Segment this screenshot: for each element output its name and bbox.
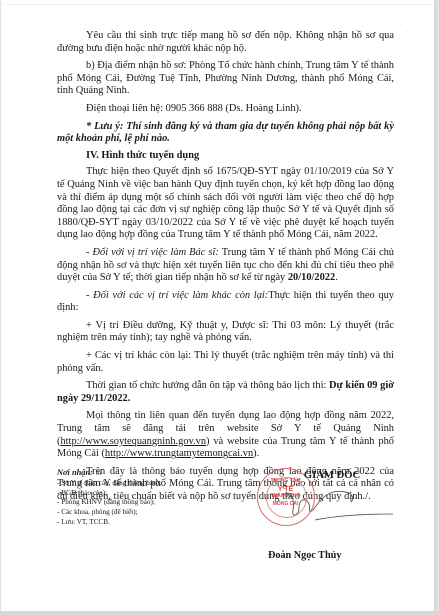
page-edge-left	[0, 0, 1, 615]
paragraph-legal-basis: Thực hiện theo Quyết định số 1675/QĐ-SYT…	[57, 166, 394, 242]
section-heading-recruitment-form: IV. Hình thức tuyển dụng	[57, 150, 394, 163]
paragraph-doctor-positions: - Đối với vị trí việc làm Bác sĩ: Trung …	[57, 247, 394, 285]
paragraph-fee-note: * Lưu ý: Thí sinh đăng ký và tham gia dự…	[57, 121, 394, 146]
signature-block: GIÁM ĐỐC	[262, 470, 402, 481]
scan-artifact: · · ·	[390, 22, 414, 28]
paragraph-other-exam: + Các vị trí khác còn lại: Thi lý thuyết…	[57, 350, 394, 375]
recipients-title: Nơi nhận:	[57, 468, 93, 477]
other-positions-label: - Đối với các vị trí việc làm khác còn l…	[86, 290, 268, 301]
exam-schedule-text: Thời gian tổ chức hướng dẫn ôn tập và th…	[86, 380, 329, 391]
paragraph-exam-schedule: Thời gian tổ chức hướng dẫn ôn tập và th…	[57, 380, 394, 405]
paragraph-websites: Mọi thông tin liên quan đến tuyển dụng l…	[57, 410, 394, 460]
link-soyte-website[interactable]: http://www.soytequangninh.gov.vn	[60, 436, 206, 447]
doctor-positions-label: - Đối với vị trí việc làm Bác sĩ:	[86, 247, 219, 258]
doctor-positions-date: 20/10/2022	[288, 272, 335, 283]
recipient-item: - Sở Y tế (báo cáo, đăng thông báo);	[57, 479, 207, 489]
recipient-item: - BGĐ (báo cáo);	[57, 489, 207, 499]
paragraph-other-positions: - Đối với các vị trí việc làm khác còn l…	[57, 290, 394, 315]
document-body: Yêu cầu thí sinh trực tiếp mang hồ sơ đế…	[57, 30, 394, 509]
signer-title: GIÁM ĐỐC	[262, 470, 402, 481]
page-edge-bottom	[0, 611, 439, 615]
recipients-block: Nơi nhận:hl - Sở Y tế (báo cáo, đăng thô…	[57, 468, 207, 528]
recipient-item: - Lưu: VT, TCCB.	[57, 518, 207, 528]
recipients-title-row: Nơi nhận:hl	[57, 468, 207, 479]
signer-name: Đoàn Ngọc Thủy	[268, 550, 341, 561]
initial-mark: hl	[96, 469, 101, 477]
page-edge-right	[434, 0, 439, 615]
paragraph-contact-phone: Điện thoại liên hệ: 0905 366 888 (Ds. Ho…	[57, 103, 394, 116]
recipient-item: - Các khoa, phòng (để biết);	[57, 508, 207, 518]
recipient-item: - Phòng KHNV (đăng thông báo);	[57, 498, 207, 508]
doctor-positions-end: .	[335, 272, 338, 283]
paragraph-submission-requirement: Yêu cầu thí sinh trực tiếp mang hồ sơ đế…	[57, 30, 394, 55]
paragraph-submission-location: b) Địa điểm nhận hồ sơ: Phòng Tổ chức hà…	[57, 60, 394, 98]
handwritten-signature	[285, 488, 395, 528]
paragraph-nursing-exam: + Vị trí Điều dưỡng, Kỹ thuật y, Dược sĩ…	[57, 320, 394, 345]
link-trungtam-website[interactable]: http://www.trungtamytemongcai.vn	[105, 448, 253, 459]
websites-text-c: ).	[253, 448, 259, 459]
page-edge-top	[0, 4, 434, 5]
